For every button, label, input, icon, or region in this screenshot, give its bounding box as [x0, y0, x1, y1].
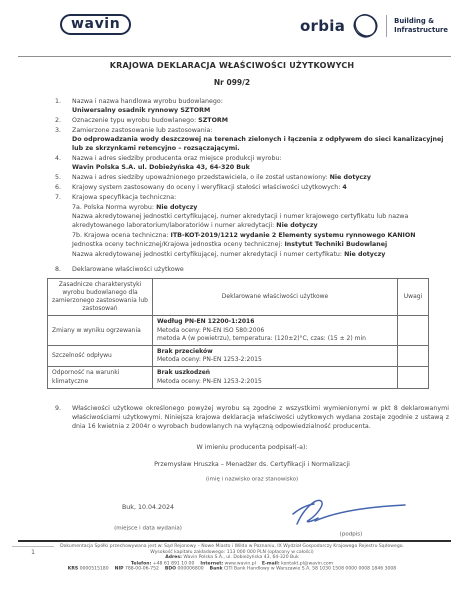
item-5-value: Nie dotyczy [330, 174, 371, 181]
orbia-divider [386, 15, 387, 37]
row3-performance: Brak uszkodzeń Metoda oceny: PN-EN 1253-… [153, 367, 398, 388]
row1-characteristic: Zmiany w wyniku ogrzewania [48, 316, 153, 346]
table-row: Odporność na warunki klimatyczne Brak us… [48, 367, 429, 388]
wavin-logo-text: wavin [71, 16, 120, 32]
table-row: Zmiany w wyniku ogrzewania Według PN-EN … [48, 316, 429, 346]
declaration-document-page: wavin orbia Building & Infrastructure KR… [0, 0, 464, 600]
signed-on-behalf-text: W imieniu producenta podpisał(-a): [55, 443, 449, 452]
row3-characteristic: Odporność na warunki klimatyczne [48, 367, 153, 388]
header-divider-rule [18, 56, 451, 57]
item-1: 1. Nazwa i nazwa handlowa wyrobu budowla… [55, 97, 449, 115]
item-6-value: 4 [342, 184, 346, 191]
declared-performance-table: Zasadnicze charakterystyki wyrobu budowl… [47, 278, 429, 389]
item-2-number: 2. [55, 116, 72, 125]
item-3: 3. Zamierzone zastosowanie lub zastosowa… [55, 126, 449, 153]
col-header-remarks: Uwagi [398, 278, 429, 316]
item-7-label: Krajowa specyfikacja techniczna: [72, 194, 176, 201]
table-row: Szczelność odpływu Brak przecieków Metod… [48, 345, 429, 366]
row3-remarks [398, 367, 429, 388]
item-9-number: 9. [55, 404, 72, 431]
item-4-value: Wavin Polska S.A. ul. Dobieżyńska 43, 64… [72, 164, 250, 171]
item-1-label: Nazwa i nazwa handlowa wyrobu budowlaneg… [72, 98, 223, 105]
item-3-value: Do odprowadzania wody deszczowej na tere… [72, 136, 443, 152]
footer-legal-text: Dokumentacja Spółki przechowywana jest w… [56, 543, 409, 572]
item-4: 4. Nazwa i adres siedziby producenta ora… [55, 154, 449, 172]
item-3-number: 3. [55, 126, 72, 153]
item-3-label: Zamierzone zastosowanie lub zastosowania… [72, 127, 212, 134]
item-8-label: Deklarowane właściwości użytkowe [72, 265, 449, 274]
place-date-block: Buk, 10.04.2024 (miejsce i data wydania) [73, 494, 223, 539]
place-date: Buk, 10.04.2024 [73, 503, 223, 512]
row2-remarks [398, 345, 429, 366]
item-7a: 7a. Polska Norma wyrobu: Nie dotyczy [72, 203, 449, 212]
page-number: 1 [12, 546, 54, 556]
wavin-logo: wavin [60, 14, 131, 35]
row2-characteristic: Szczelność odpływu [48, 345, 153, 366]
item-5-number: 5. [55, 173, 72, 182]
document-title: KRAJOWA DEKLARACJA WŁAŚCIWOŚCI UŻYTKOWYC… [0, 61, 464, 70]
col-header-characteristics: Zasadnicze charakterystyki wyrobu budowl… [48, 278, 153, 316]
orbia-logo-text: orbia [300, 17, 345, 35]
footer-line-registry: Dokumentacja Spółki przechowywana jest w… [56, 543, 409, 549]
document-number: Nr 099/2 [0, 78, 464, 87]
signer-caption: (imię i nazwisko oraz stanowisko) [71, 475, 433, 483]
item-9-text: Właściwości użytkowe określonego powyżej… [72, 404, 449, 431]
item-2-value: SZTORM [198, 117, 228, 124]
signature-row: Buk, 10.04.2024 (miejsce i data wydania)… [55, 494, 449, 539]
item-8: 8. Deklarowane właściwości użytkowe [55, 265, 449, 274]
signature-caption: (podpis) [287, 530, 416, 538]
item-1-value: Uniwersalny osadnik rynnowy SZTORM [72, 107, 210, 114]
signature-block: (podpis) [281, 494, 421, 539]
item-2-label: Oznaczenie typu wyrobu budowlanego: [72, 117, 196, 124]
item-7b: 7b. Krajowa ocena techniczna: ITB-KOT-20… [72, 231, 449, 240]
item-5: 5. Nazwa i adres siedziby upoważnionego … [55, 173, 449, 182]
footer-email: kontakt.pl@wavin.com [281, 560, 333, 565]
footer-divider-rule [18, 540, 451, 542]
table-header-row: Zasadnicze charakterystyki wyrobu budowl… [48, 278, 429, 316]
item-7-number: 7. [55, 193, 72, 259]
orbia-logo: orbia Building & Infrastructure [300, 12, 448, 39]
row1-performance: Według PN-EN 12200-1:2016 Metoda oceny: … [153, 316, 398, 346]
row1-remarks [398, 316, 429, 346]
row2-performance: Brak przecieków Metoda oceny: PN-EN 1253… [153, 345, 398, 366]
footer-website: www.wavin.pl [225, 560, 256, 565]
document-body: 1. Nazwa i nazwa handlowa wyrobu budowla… [55, 97, 449, 539]
place-date-caption: (miejsce i data wydania) [79, 524, 217, 532]
item-1-number: 1. [55, 97, 72, 115]
item-8-number: 8. [55, 265, 72, 274]
handwritten-signature [291, 494, 411, 532]
item-7b-unit: Jednostka oceny technicznej/Krajowa jedn… [72, 240, 449, 249]
item-6-number: 6. [55, 183, 72, 192]
orbia-division-label: Building & Infrastructure [394, 17, 448, 34]
item-5-label: Nazwa i adres siedziby upoważnionego prz… [72, 174, 328, 181]
item-6: 6. Krajowy system zastosowany do oceny i… [55, 183, 449, 192]
item-4-label: Nazwa i adres siedziby producenta oraz m… [72, 155, 282, 162]
item-7: 7. Krajowa specyfikacja techniczna: 7a. … [55, 193, 449, 259]
item-2: 2. Oznaczenie typu wyrobu budowlanego: S… [55, 116, 449, 125]
item-7b-certification: Nazwa akredytowanej jednostki certyfikuj… [72, 250, 449, 259]
footer-line-registration-numbers: KRS 0000515180 NIP 788-00-06-752 BDO 000… [56, 566, 409, 572]
item-9: 9. Właściwości użytkowe określonego powy… [55, 404, 449, 431]
col-header-performance: Deklarowane właściwości użytkowe [153, 278, 398, 316]
item-6-label: Krajowy system zastosowany do oceny i we… [72, 184, 340, 191]
item-7a-certification: Nazwa akredytowanej jednostki certyfikuj… [72, 212, 449, 230]
orbia-circle-icon [352, 12, 379, 39]
signer-name-title: Przemysław Hruszka – Menadżer ds. Certyf… [55, 460, 449, 469]
item-4-number: 4. [55, 154, 72, 172]
